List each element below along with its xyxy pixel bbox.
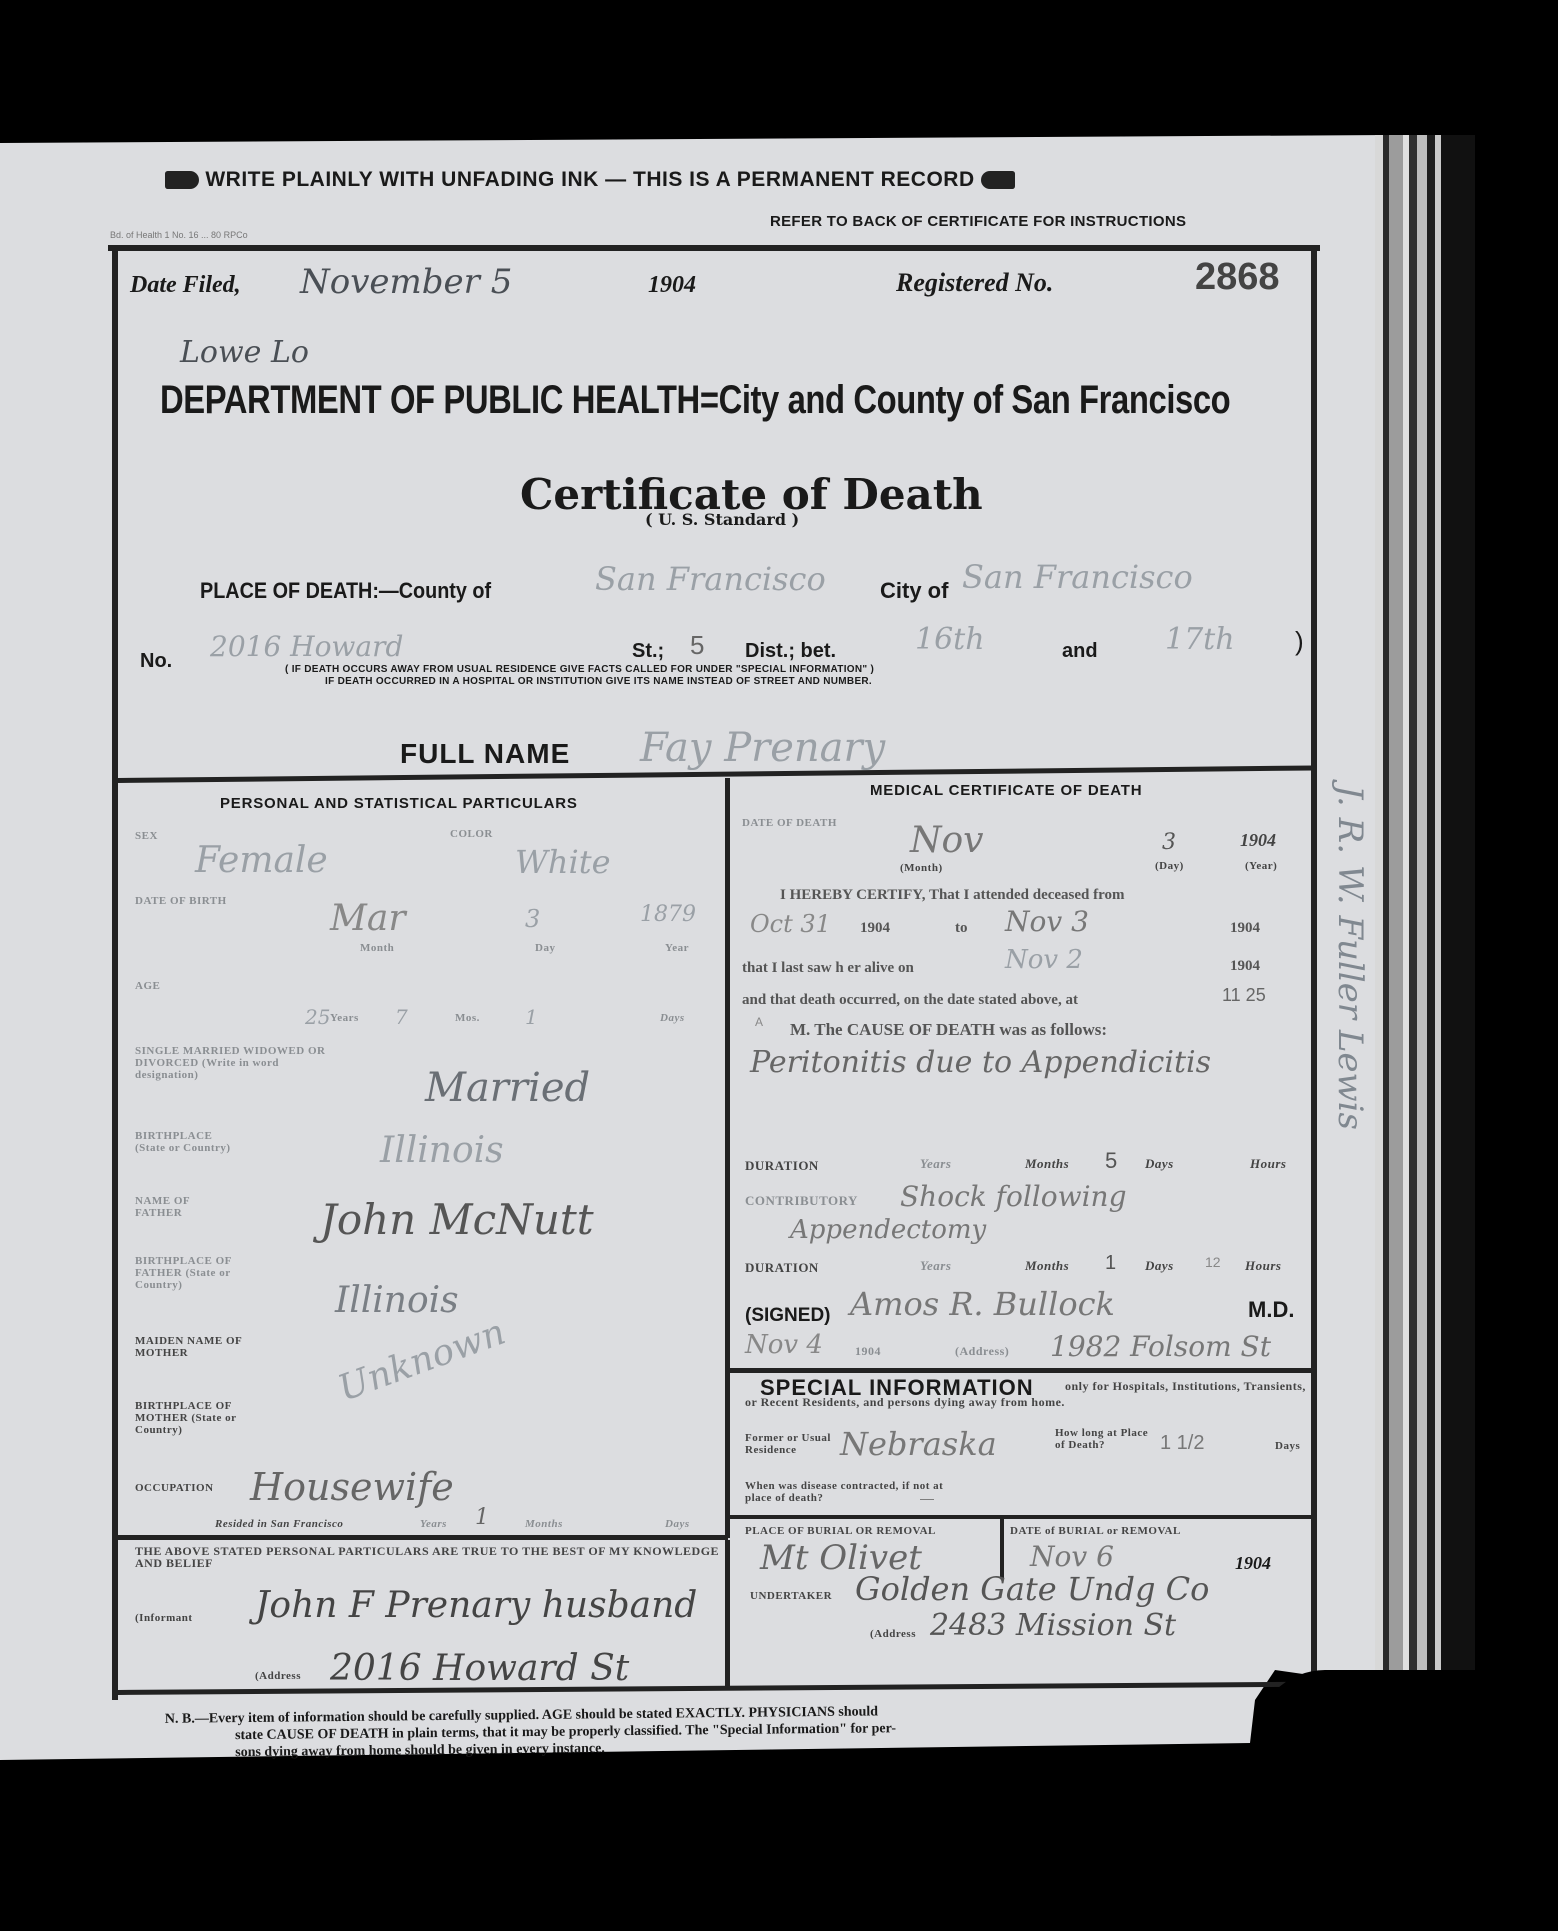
former-residence-value: Nebraska: [840, 1425, 997, 1463]
hours-label: Hours: [1245, 1260, 1281, 1272]
certificate-subtitle: ( U. S. Standard ): [645, 510, 799, 529]
between-street-a: 16th: [915, 622, 985, 657]
age-months-label: Mos.: [455, 1012, 480, 1024]
scan-shadow: [1255, 1670, 1558, 1931]
printer-mark: Bd. of Health 1 No. 16 ... 80 RPCo: [110, 230, 248, 240]
duration2-days: 1: [1105, 1252, 1116, 1275]
duration1-days: 5: [1105, 1148, 1117, 1174]
signed-date: Nov 4: [745, 1330, 823, 1360]
age-years-label: Years: [330, 1012, 359, 1024]
pointing-hand-icon: [165, 171, 199, 189]
resided-days-label: Days: [665, 1518, 690, 1530]
resided-years-label: Years: [420, 1518, 447, 1530]
burial-divider: [1000, 1518, 1004, 1578]
attended-to: Nov 3: [1005, 905, 1089, 938]
district-value: 5: [690, 630, 704, 661]
dod-month: Nov: [910, 820, 984, 861]
days-label: Days: [1145, 1158, 1174, 1170]
medical-certificate-header: MEDICAL CERTIFICATE OF DEATH: [870, 782, 1142, 799]
nota-bene: N. B.—Every item of information should b…: [165, 1699, 1285, 1762]
between-street-b: 17th: [1165, 622, 1235, 657]
paren: ): [1295, 626, 1304, 657]
physician-address: 1982 Folsom St: [1050, 1330, 1271, 1363]
how-long-value: 1 1/2: [1160, 1432, 1204, 1455]
md-label: M.D.: [1248, 1297, 1294, 1323]
dob-year: 1879: [640, 902, 696, 927]
undertaker-name: Golden Gate Undg Co: [855, 1570, 1209, 1608]
certify-text: I HEREBY CERTIFY, That I attended deceas…: [780, 887, 1125, 904]
section-rule: [118, 1535, 728, 1540]
informant-name: John F Prenary husband: [255, 1585, 697, 1626]
informant-address-label: (Address: [255, 1670, 301, 1682]
age-months: 7: [395, 1005, 408, 1029]
marital-status-label: SINGLE MARRIED WIDOWED OR DIVORCED (Writ…: [135, 1045, 335, 1081]
column-divider: [725, 778, 730, 1538]
attended-to-year: 1904: [1230, 920, 1260, 937]
physician-address-label: (Address): [955, 1345, 1009, 1357]
duration-label: DURATION: [745, 1160, 819, 1172]
street-no-label: No.: [140, 650, 172, 673]
burial-place-label: PLACE OF BURIAL OR REMOVAL: [745, 1525, 936, 1537]
contracted-value: —: [920, 1490, 934, 1506]
place-of-death-county: San Francisco: [595, 560, 826, 598]
street-label: St.;: [632, 640, 664, 663]
last-saw-date: Nov 2: [1005, 945, 1083, 975]
father-birthplace-value: Illinois: [335, 1280, 459, 1321]
last-saw-label: that I last saw h er alive on: [742, 960, 914, 977]
cause-of-death: Peritonitis due to Appendicitis: [750, 1045, 1211, 1080]
contributory-label: CONTRIBUTORY: [745, 1195, 858, 1207]
attended-from-year: 1904: [860, 920, 890, 937]
duration2-hours: 12: [1205, 1254, 1221, 1270]
hours-label: Hours: [1250, 1158, 1286, 1170]
dob-day: 3: [525, 905, 540, 933]
occupation-label: OCCUPATION: [135, 1482, 214, 1494]
day-label: Day: [535, 942, 555, 954]
age-years: 25: [305, 1005, 330, 1029]
attended-from: Oct 31: [750, 910, 831, 938]
margin-annotation: J. R. W. Fuller Lewis: [1330, 785, 1370, 1130]
color-value: White: [515, 843, 611, 881]
and-label: and: [1062, 640, 1098, 663]
full-name-label: FULL NAME: [400, 738, 570, 770]
special-info-note: only for Hospitals, Institutions, Transi…: [745, 1378, 1310, 1410]
burial-date: Nov 6: [1030, 1540, 1114, 1573]
dob-month: Mar: [330, 898, 406, 939]
age-label: AGE: [135, 980, 160, 992]
last-saw-year: 1904: [1230, 958, 1260, 975]
death-time-label: and that death occurred, on the date sta…: [742, 992, 1078, 1009]
contracted-label: When was disease contracted, if not at p…: [745, 1480, 945, 1504]
sex-label: SEX: [135, 830, 158, 842]
date-of-birth-label: DATE OF BIRTH: [135, 895, 227, 907]
residence-note: ( IF DEATH OCCURS AWAY FROM USUAL RESIDE…: [285, 664, 874, 688]
banner-text: WRITE PLAINLY WITH UNFADING INK — THIS I…: [205, 168, 974, 191]
months-label: Months: [1025, 1158, 1069, 1170]
dod-year: 1904: [1240, 830, 1276, 851]
occupation-value: Housewife: [250, 1465, 454, 1509]
date-filed-value: November 5: [300, 262, 512, 302]
father-name-label: NAME OF FATHER: [135, 1195, 215, 1219]
death-time: 11 25: [1222, 985, 1266, 1006]
refer-instructions: REFER TO BACK OF CERTIFICATE FOR INSTRUC…: [770, 213, 1186, 230]
signed-label: (SIGNED): [745, 1305, 831, 1327]
physician-signature: Amos R. Bullock: [850, 1285, 1115, 1323]
former-residence-label: Former or Usual Residence: [745, 1432, 835, 1456]
marital-status-value: Married: [425, 1065, 590, 1111]
year-label: Year: [665, 942, 689, 954]
department-title: DEPARTMENT OF PUBLIC HEALTH=City and Cou…: [160, 378, 1230, 423]
informant-label: (Informant: [135, 1612, 193, 1624]
resided-years: 1: [475, 1505, 489, 1530]
mother-name-label: MAIDEN NAME OF MOTHER: [135, 1335, 245, 1359]
years-label: Years: [920, 1260, 951, 1272]
personal-particulars-header: PERSONAL AND STATISTICAL PARTICULARS: [220, 795, 578, 812]
informant-address: 2016 Howard St: [330, 1648, 629, 1689]
filed-year: 1904: [648, 272, 696, 299]
section-rule: [730, 1368, 1315, 1373]
place-of-death-city: San Francisco: [962, 558, 1193, 596]
duration-label: DURATION: [745, 1262, 819, 1274]
cause-label: M. The CAUSE OF DEATH was as follows:: [790, 1020, 1107, 1040]
dod-year-label: (Year): [1245, 860, 1277, 872]
contributory-line2: Appendectomy: [790, 1215, 986, 1245]
age-days-label: Days: [660, 1012, 685, 1024]
resided-months-label: Months: [525, 1518, 563, 1530]
sex-value: Female: [195, 840, 328, 881]
to-label: to: [955, 920, 968, 937]
days-label: Days: [1275, 1440, 1300, 1452]
how-long-label: How long at Place of Death?: [1055, 1427, 1155, 1451]
years-label: Years: [920, 1158, 951, 1170]
burial-date-label: DATE of BURIAL or REMOVAL: [1010, 1525, 1181, 1537]
date-of-death-label: DATE OF DEATH: [742, 817, 837, 829]
place-of-death-label: PLACE OF DEATH:—County of: [200, 578, 491, 604]
signed-year: 1904: [855, 1345, 881, 1357]
birthplace-label: BIRTHPLACE (State or Country): [135, 1130, 245, 1154]
registered-label: Registered No.: [896, 268, 1053, 298]
undertaker-label: UNDERTAKER: [750, 1590, 832, 1602]
resided-label: Resided in San Francisco: [215, 1518, 343, 1530]
county-note: Lowe Lo: [180, 335, 309, 370]
dod-day: 3: [1162, 830, 1176, 855]
page-edge-strips: [1375, 135, 1475, 1695]
district-label: Dist.; bet.: [745, 640, 836, 663]
color-label: COLOR: [450, 828, 493, 840]
street-number: 2016 Howard: [210, 630, 403, 663]
undertaker-address-label: (Address: [870, 1628, 916, 1640]
dod-day-label: (Day): [1155, 860, 1184, 872]
contributory-value: Shock following: [900, 1180, 1127, 1213]
month-label: Month: [360, 942, 394, 954]
registered-number: 2868: [1195, 256, 1280, 299]
banner: WRITE PLAINLY WITH UNFADING INK — THIS I…: [165, 168, 1015, 192]
days-label: Days: [1145, 1260, 1174, 1272]
months-label: Months: [1025, 1260, 1069, 1272]
pointing-hand-icon: [981, 171, 1015, 189]
city-label: City of: [880, 578, 948, 604]
father-birthplace-label: BIRTHPLACE OF FATHER (State or Country): [135, 1255, 265, 1291]
meridiem: A: [755, 1015, 763, 1029]
section-rule: [730, 1515, 1315, 1519]
age-days: 1: [525, 1005, 538, 1029]
date-filed-label: Date Filed,: [130, 272, 241, 299]
burial-year: 1904: [1235, 1553, 1271, 1574]
mother-birthplace-label: BIRTHPLACE OF MOTHER (State or Country): [135, 1400, 285, 1436]
full-name-value: Fay Prenary: [640, 725, 885, 771]
column-divider: [725, 1540, 730, 1690]
birthplace-value: Illinois: [380, 1130, 504, 1171]
father-name-value: John McNutt: [320, 1195, 594, 1244]
informant-statement: THE ABOVE STATED PERSONAL PARTICULARS AR…: [135, 1545, 725, 1569]
dod-month-label: (Month): [900, 862, 943, 874]
undertaker-address: 2483 Mission St: [930, 1608, 1176, 1643]
